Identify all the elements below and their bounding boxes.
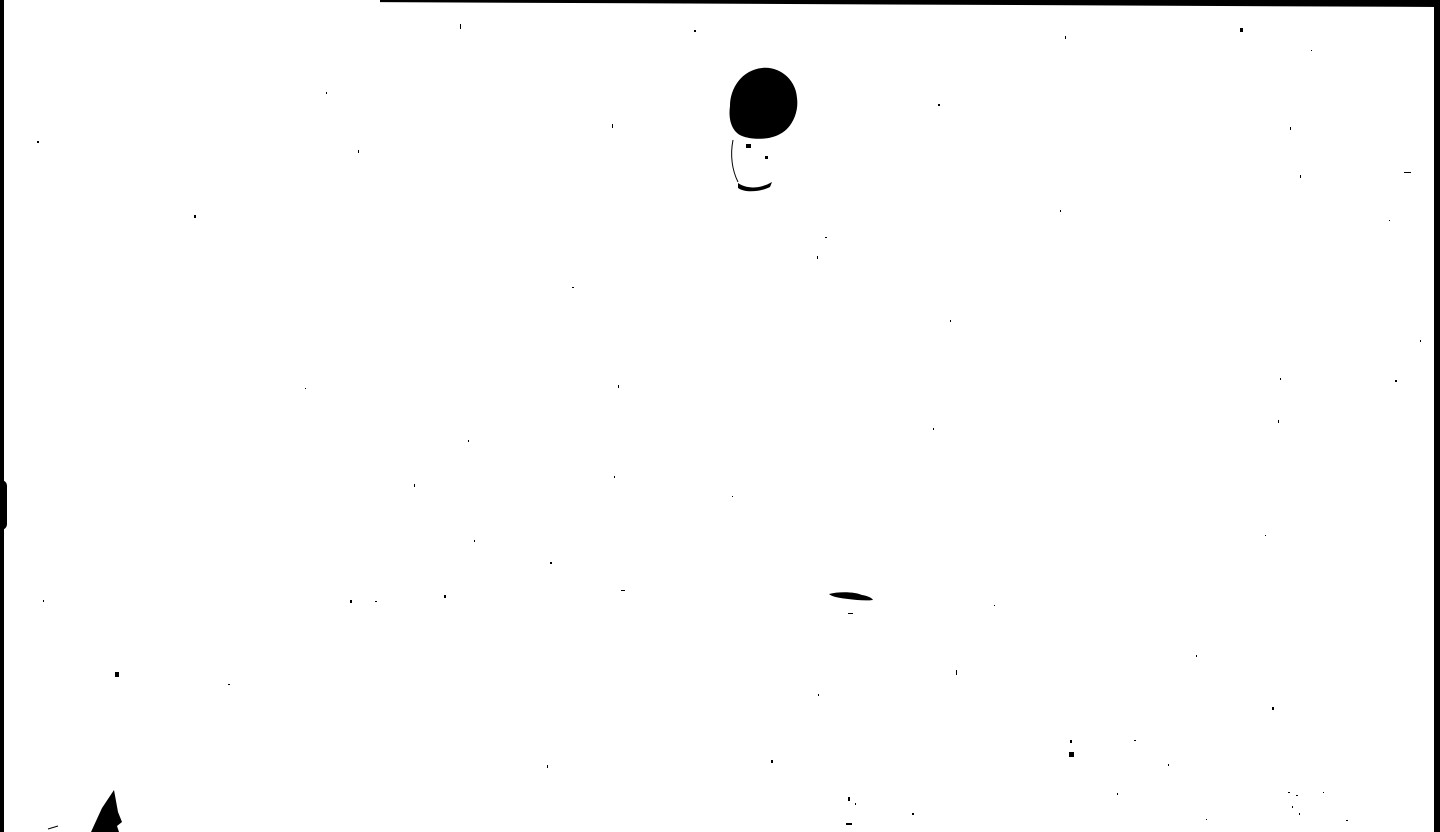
smudge-dash [848, 613, 853, 614]
body-base [738, 182, 772, 191]
photo-shapes [0, 0, 1440, 832]
speckle-noise [37, 24, 1421, 825]
pale-body-outline [732, 140, 738, 182]
body-mark [746, 144, 751, 148]
dark-blob [730, 68, 798, 139]
scanned-photo [0, 0, 1440, 832]
dark-smudge [829, 592, 873, 600]
body-mark [765, 156, 768, 159]
corner-mark [48, 826, 58, 829]
dark-triangle [91, 790, 122, 832]
